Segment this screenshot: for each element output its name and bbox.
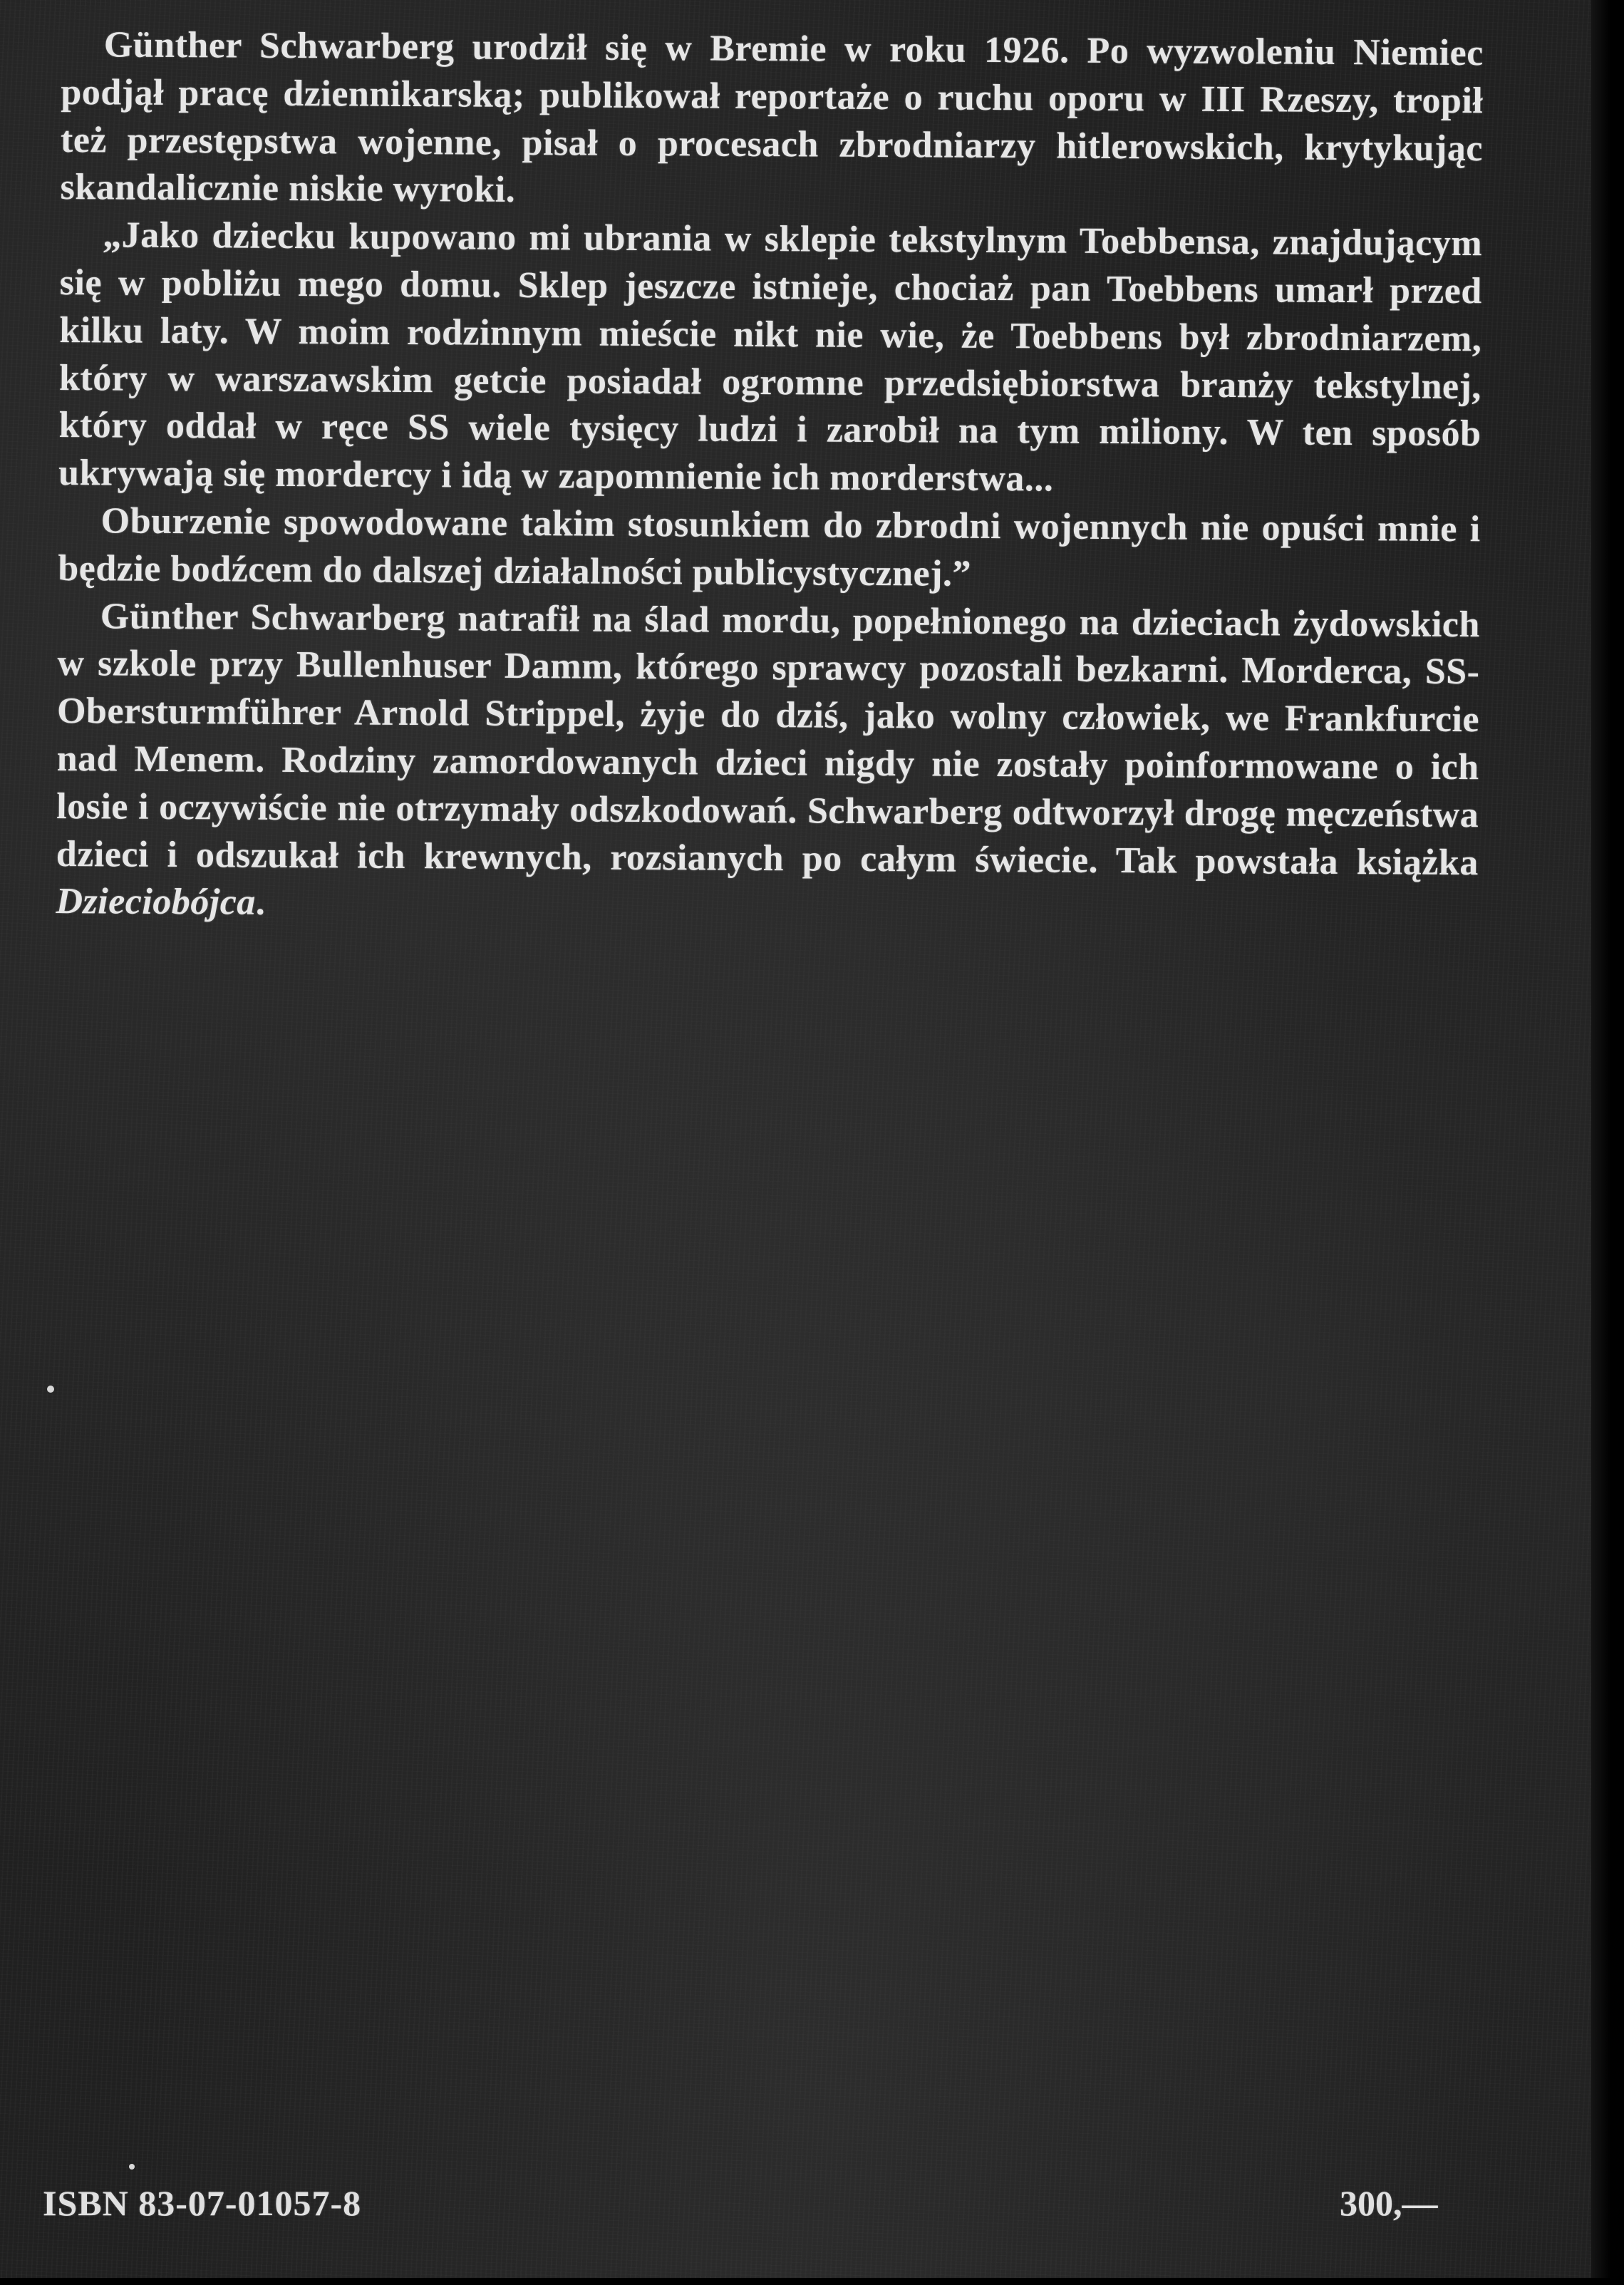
scan-speck bbox=[129, 2164, 135, 2170]
isbn-number: ISBN 83-07-01057-8 bbox=[43, 2182, 361, 2224]
cover-right-edge bbox=[1591, 0, 1624, 2285]
blurb-paragraph-quote-end: Oburzenie spowodowane takim stosunkiem d… bbox=[58, 497, 1481, 602]
blurb-paragraph-author-bio: Günther Schwarberg urodził się w Bremie … bbox=[60, 21, 1484, 220]
blurb-paragraph-author-quote: „Jako dziecku kupowano mi ubrania w skle… bbox=[58, 212, 1482, 506]
cover-bottom-edge bbox=[0, 2278, 1624, 2285]
blurb-paragraph-book-summary: Günther Schwarberg natrafił na ślad mord… bbox=[56, 593, 1480, 935]
cover-blurb: Günther Schwarberg urodził się w Bremie … bbox=[56, 21, 1484, 934]
scan-speck bbox=[47, 1386, 54, 1393]
book-back-cover: Günther Schwarberg urodził się w Bremie … bbox=[0, 0, 1624, 2285]
price-label: 300,— bbox=[1340, 2182, 1438, 2224]
summary-end: . bbox=[256, 882, 266, 923]
book-title: Dzieciobójca bbox=[56, 881, 256, 923]
summary-text: Günther Schwarberg natrafił na ślad mord… bbox=[56, 596, 1480, 883]
